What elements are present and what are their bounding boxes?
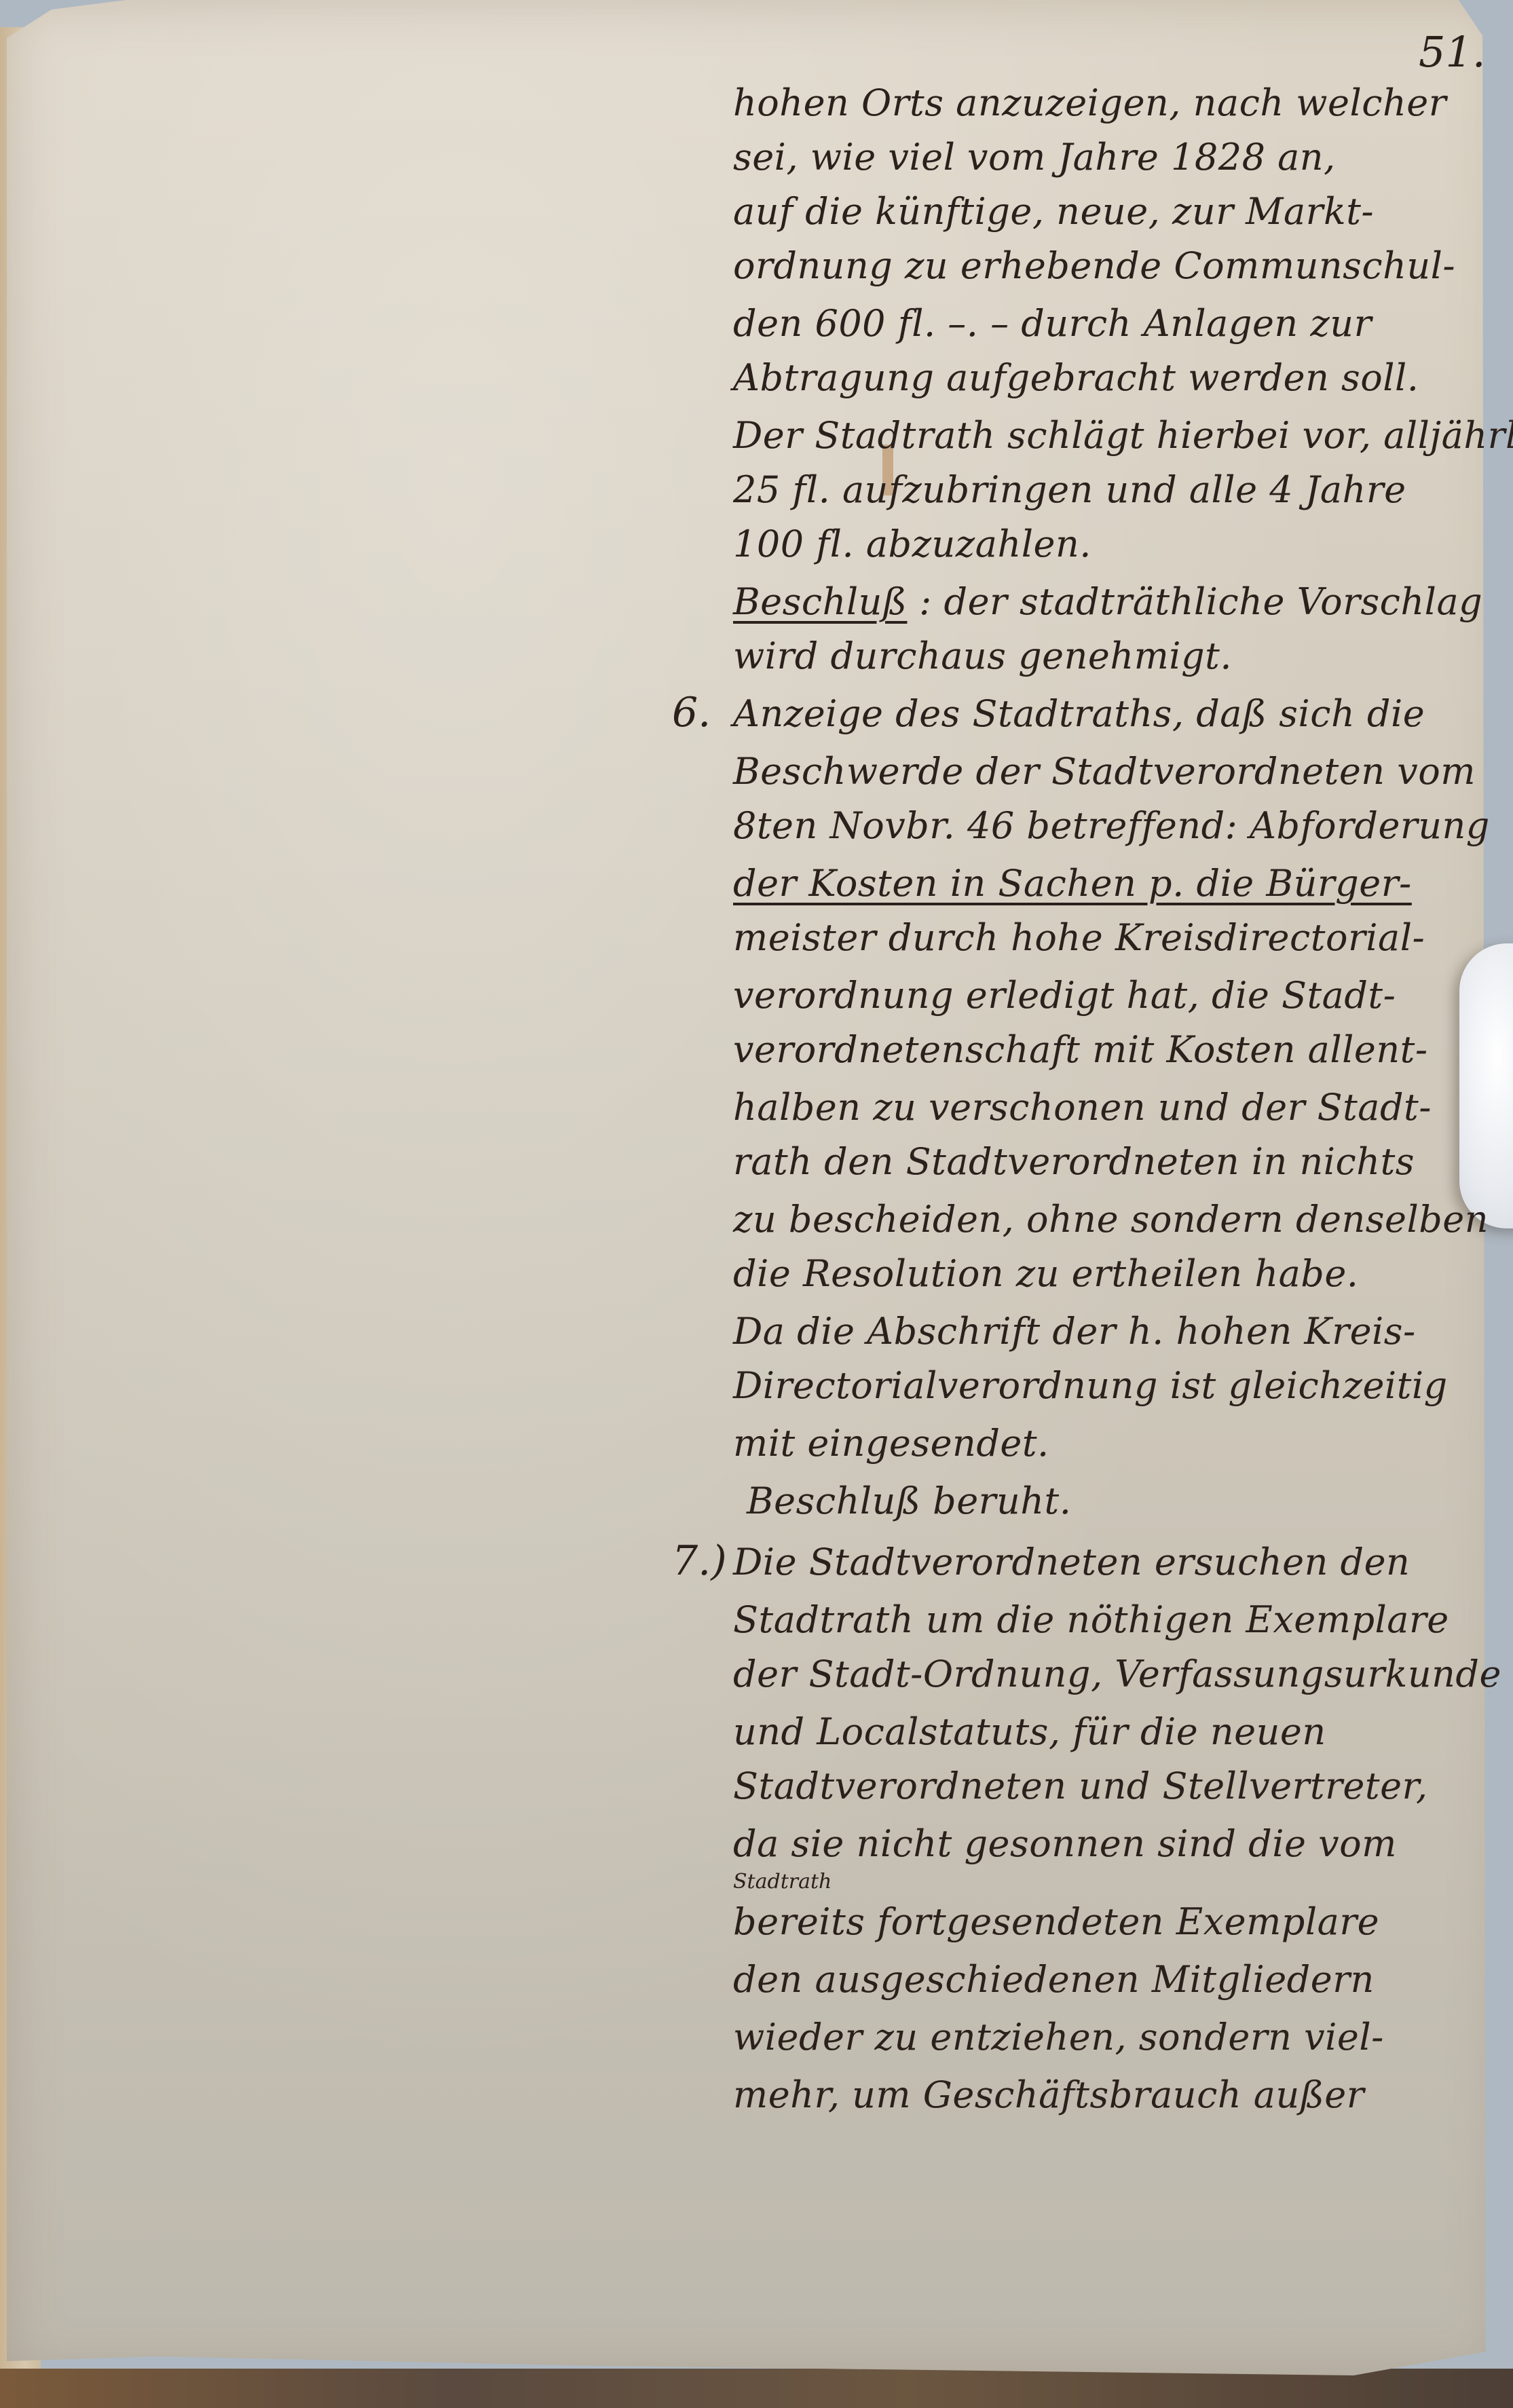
item-7-line: der Stadt-Ordnung, Verfassungsurkunde <box>733 1653 1501 1695</box>
item-6-line: Anzeige des Stadtraths, daß sich die <box>733 692 1425 735</box>
text-line: Der Stadtrath schlägt hierbei vor, alljä… <box>733 414 1513 457</box>
text-line: sei, wie viel vom Jahre 1828 an, <box>733 136 1336 178</box>
item-number-6: 6. <box>672 689 711 736</box>
text-line: wird durchaus genehmigt. <box>733 635 1232 677</box>
white-glove-thumb <box>1459 943 1513 1228</box>
item-6-line: verordnung erledigt hat, die Stadt- <box>733 974 1396 1017</box>
text-line: Abtragung aufgebracht werden soll. <box>733 356 1419 399</box>
text-line: hohen Orts anzuzeigen, nach welcher <box>733 81 1446 124</box>
item-7-line: Stadtrath um die nöthigen Exemplare <box>733 1598 1449 1641</box>
resolution-label: Beschluß <box>733 580 908 623</box>
item-7-line: wieder zu entziehen, sondern viel- <box>733 2016 1384 2058</box>
item-7-line: da sie nicht gesonnen sind die vom <box>733 1822 1397 1865</box>
item-6-line: Directorialverordnung ist gleichzeitig <box>733 1364 1448 1407</box>
item-6-line: mit eingesendet. <box>733 1422 1049 1465</box>
item-7-line: den ausgeschiedenen Mitgliedern <box>733 1958 1375 2001</box>
item-7-line: und Localstatuts, für die neuen <box>733 1710 1326 1753</box>
item-6-line: die Resolution zu ertheilen habe. <box>733 1252 1358 1295</box>
text-line: auf die künftige, neue, zur Markt- <box>733 190 1374 233</box>
item-number-7: 7.) <box>672 1537 727 1585</box>
item-7-line: Stadtverordneten und Stellvertreter, <box>733 1765 1428 1807</box>
item-6-line: rath den Stadtverordneten in nichts <box>733 1140 1415 1183</box>
text-line: 100 fl. abzuzahlen. <box>733 523 1091 565</box>
item-6-line: verordnetenschaft mit Kosten allent- <box>733 1028 1428 1071</box>
text-line: ordnung zu erhebende Communschul- <box>733 244 1455 287</box>
item-6-resolution: Beschluß beruht. <box>747 1480 1071 1522</box>
text-line: 25 fl. aufzubringen und alle 4 Jahre <box>733 468 1406 511</box>
item-6-line: Da die Abschrift der h. hohen Kreis- <box>733 1310 1416 1353</box>
document-photo: 51. hohen Orts anzuzeigen, nach welcher … <box>0 0 1513 2408</box>
item-6-line: halben zu verschonen und der Stadt- <box>733 1086 1432 1129</box>
item-6-line: meister durch hohe Kreisdirectorial- <box>733 916 1425 959</box>
resolution-text: : der stadträthliche Vorschlag <box>919 580 1482 623</box>
item-6-line: 8ten Novbr. 46 betreffend: Abforderung <box>733 804 1490 847</box>
item-6-line: Beschwerde der Stadtverordneten vom <box>733 750 1476 793</box>
text-line: den 600 fl. –. – durch Anlagen zur <box>733 302 1372 345</box>
item-6-line: der Kosten in Sachen p. die Bürger- <box>733 862 1412 905</box>
item-7-line: bereits fortgesendeten Exemplare <box>733 1900 1379 1943</box>
item-7-line: mehr, um Geschäftsbrauch außer <box>733 2073 1364 2116</box>
interlinear-insertion: Stadtrath <box>733 1870 832 1894</box>
item-7-line: Die Stadtverordneten ersuchen den <box>733 1541 1410 1583</box>
resolution-line: Beschluß : der stadträthliche Vorschlag <box>733 580 1482 623</box>
page-number: 51. <box>1419 27 1486 77</box>
item-6-line: zu bescheiden, ohne sondern denselben <box>733 1198 1489 1241</box>
